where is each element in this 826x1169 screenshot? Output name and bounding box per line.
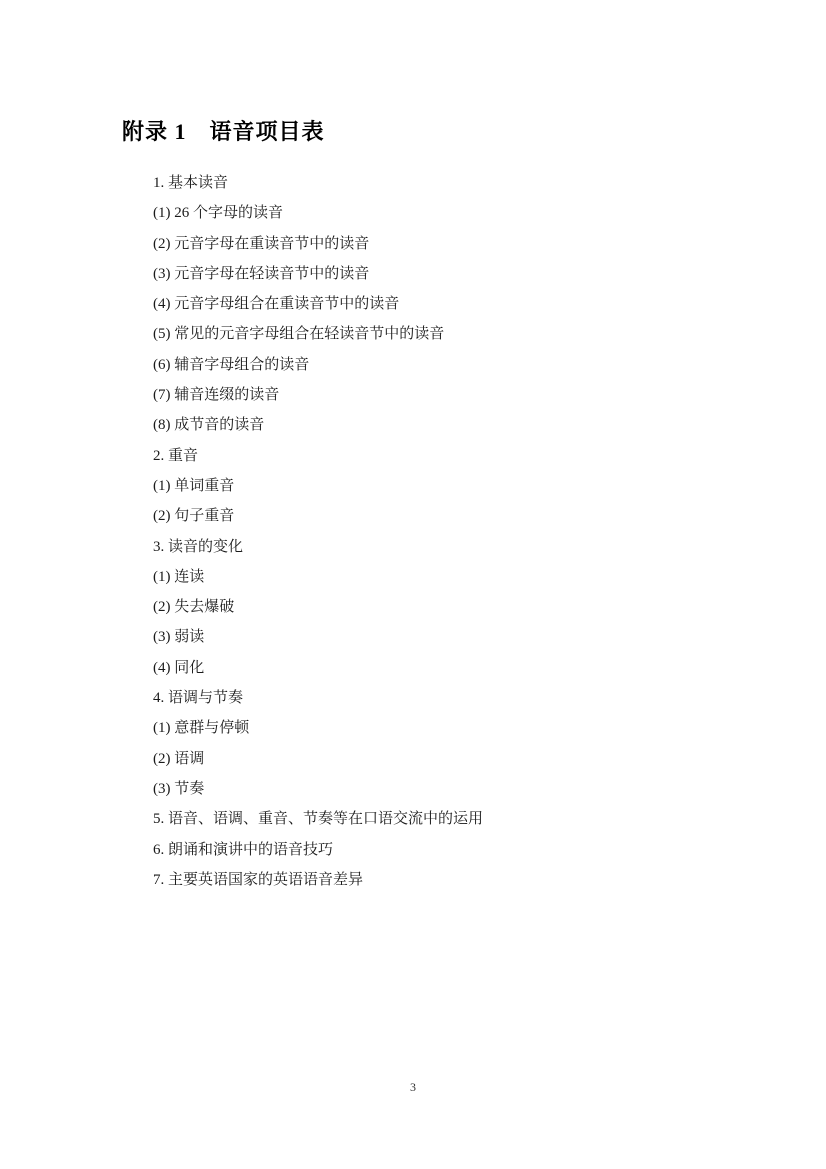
list-item: (1) 连读	[153, 562, 713, 592]
page-title: 附录 1 语音项目表	[122, 115, 325, 146]
list-item: 3. 读音的变化	[153, 532, 713, 562]
list-item: (6) 辅音字母组合的读音	[153, 350, 713, 380]
list-item: (1) 单词重音	[153, 471, 713, 501]
list-item: 1. 基本读音	[153, 168, 713, 198]
list-item: (8) 成节音的读音	[153, 410, 713, 440]
list-item: (2) 语调	[153, 744, 713, 774]
list-item: (4) 同化	[153, 653, 713, 683]
list-item: (3) 节奏	[153, 774, 713, 804]
document-page: 附录 1 语音项目表 1. 基本读音 (1) 26 个字母的读音 (2) 元音字…	[0, 0, 826, 1169]
list-item: 7. 主要英语国家的英语语音差异	[153, 865, 713, 895]
list-item: (5) 常见的元音字母组合在轻读音节中的读音	[153, 319, 713, 349]
list-item: (7) 辅音连缀的读音	[153, 380, 713, 410]
list-item: 6. 朗诵和演讲中的语音技巧	[153, 835, 713, 865]
list-item: (2) 句子重音	[153, 501, 713, 531]
phonetics-item-list: 1. 基本读音 (1) 26 个字母的读音 (2) 元音字母在重读音节中的读音 …	[153, 168, 713, 895]
list-item: (3) 元音字母在轻读音节中的读音	[153, 259, 713, 289]
list-item: (3) 弱读	[153, 622, 713, 652]
list-item: 4. 语调与节奏	[153, 683, 713, 713]
list-item: (2) 失去爆破	[153, 592, 713, 622]
list-item: (2) 元音字母在重读音节中的读音	[153, 229, 713, 259]
list-item: (1) 意群与停顿	[153, 713, 713, 743]
list-item: (4) 元音字母组合在重读音节中的读音	[153, 289, 713, 319]
list-item: 5. 语音、语调、重音、节奏等在口语交流中的运用	[153, 804, 713, 834]
list-item: 2. 重音	[153, 441, 713, 471]
list-item: (1) 26 个字母的读音	[153, 198, 713, 228]
page-number: 3	[0, 1080, 826, 1095]
